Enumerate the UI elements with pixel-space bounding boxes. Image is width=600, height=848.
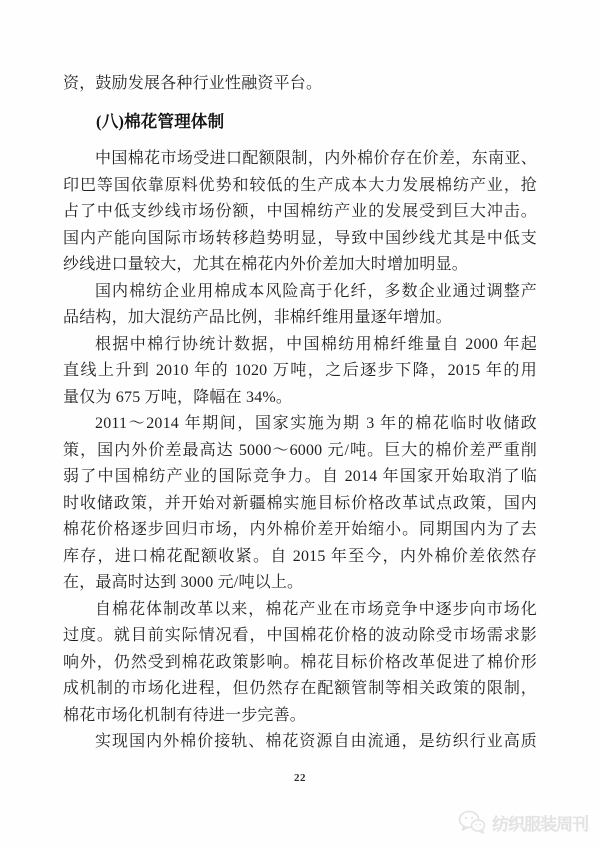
text-line: 棉花价格逐步回归市场，内外棉价差开始缩小。同期国内为了去 [63,517,537,544]
paragraph: 中国棉花市场受进口配额限制，内外棉价存在价差，东南亚、印巴等国依靠原料优势和较低… [63,146,537,279]
text-line: 时收储政策，并开始对新疆棉实施目标价格改革试点政策，国内 [63,491,537,518]
wechat-icon [458,809,486,835]
paragraph: 自棉花体制改革以来，棉花产业在市场竞争中逐步向市场化过度。就目前实际情况看，中国… [63,597,537,730]
text-line: 品结构，加大混纺产品比例，非棉纤维用量逐年增加。 [63,305,537,332]
paragraph: 国内棉纺企业用棉成本风险高于化纤，多数企业通过调整产品结构，加大混纺产品比例，非… [63,279,537,332]
document-body: 资，鼓励发展各种行业性融资平台。(八)棉花管理体制中国棉花市场受进口配额限制，内… [63,71,537,756]
text-line: 在，最高时达到 3000 元/吨以上。 [63,570,537,597]
document-page: 资，鼓励发展各种行业性融资平台。(八)棉花管理体制中国棉花市场受进口配额限制，内… [0,0,600,848]
text-line: 根据中棉行协统计数据，中国棉纺用棉纤维量自 2000 年起 [63,332,537,359]
text-line: 过度。就目前实际情况看，中国棉花价格的波动除受市场需求影 [63,623,537,650]
text-line: 中国棉花市场受进口配额限制，内外棉价存在价差，东南亚、 [63,146,537,173]
text-line: 占了中低支纱线市场份额，中国棉纺产业的发展受到巨大冲击。 [63,199,537,226]
text-line: 策，国内外价差最高达 5000～6000 元/吨。巨大的棉价差严重削 [63,438,537,465]
text-line: 成机制的市场化进程，但仍然存在配额管制等相关政策的限制， [63,676,537,703]
text-line: 国内棉纺企业用棉成本风险高于化纤，多数企业通过调整产 [63,279,537,306]
paragraph: 实现国内外棉价接轨、棉花资源自由流通，是纺织行业高质 [63,729,537,756]
text-line: 直线上升到 2010 年的 1020 万吨，之后逐步下降，2015 年的用 [63,358,537,385]
text-line: 实现国内外棉价接轨、棉花资源自由流通，是纺织行业高质 [63,729,537,756]
text-line: 资，鼓励发展各种行业性融资平台。 [63,71,537,98]
page-number: 22 [0,772,600,784]
watermark: 纺织服装周刊 [458,809,588,835]
text-line: 响外，仍然受到棉花政策影响。棉花目标价格改革促进了棉价形 [63,650,537,677]
text-line: 自棉花体制改革以来，棉花产业在市场竞争中逐步向市场化 [63,597,537,624]
text-line: 纱线进口量较大，尤其在棉花内外价差加大时增加明显。 [63,252,537,279]
text-line: 棉花市场化机制有待进一步完善。 [63,703,537,730]
text-line: 国内产能向国际市场转移趋势明显，导致中国纱线尤其是中低支 [63,226,537,253]
text-line: 印巴等国依靠原料优势和较低的生产成本大力发展棉纺产业，抢 [63,173,537,200]
text-line: 量仅为 675 万吨，降幅在 34%。 [63,385,537,412]
section-heading: (八)棉花管理体制 [63,109,537,136]
text-line: 2011～2014 年期间，国家实施为期 3 年的棉花临时收储政 [63,411,537,438]
paragraph: 根据中棉行协统计数据，中国棉纺用棉纤维量自 2000 年起直线上升到 2010 … [63,332,537,412]
watermark-text: 纺织服装周刊 [492,810,588,835]
text-line: 库存，进口棉花配额收紧。自 2015 年至今，内外棉价差依然存 [63,544,537,571]
paragraph: 资，鼓励发展各种行业性融资平台。 [63,71,537,98]
text-line: 弱了中国棉纺产业的国际竞争力。自 2014 年国家开始取消了临 [63,464,537,491]
paragraph: 2011～2014 年期间，国家实施为期 3 年的棉花临时收储政策，国内外价差最… [63,411,537,597]
